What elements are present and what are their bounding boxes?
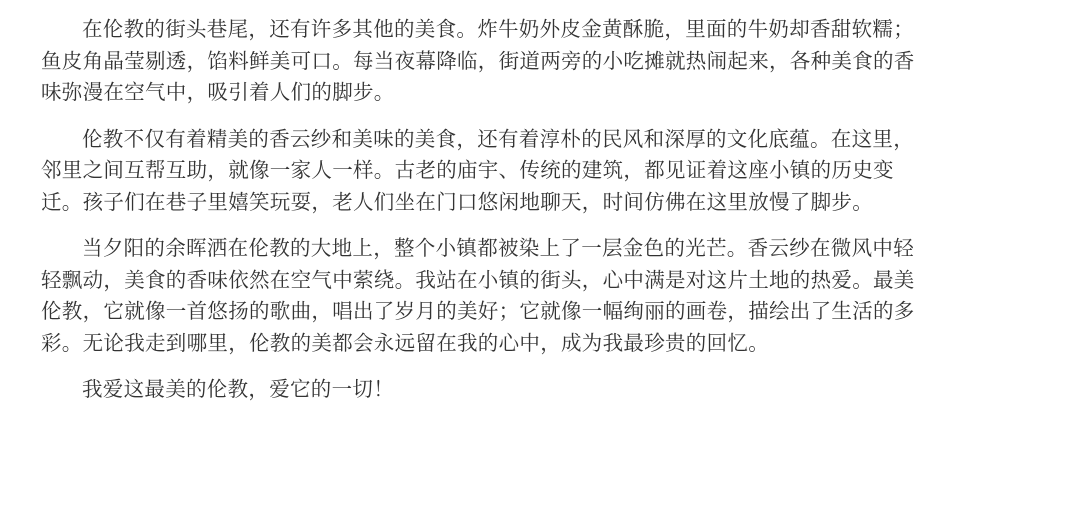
text-line: 当夕阳的余晖洒在伦教的大地上，整个小镇都被染上了一层金色的光芒。香云纱在微风中轻 xyxy=(41,233,1041,265)
article-body: 在伦教的街头巷尾，还有许多其他的美食。炸牛奶外皮金黄酥脆，里面的牛奶却香甜软糯；… xyxy=(41,14,1041,421)
text-line: 迁。孩子们在巷子里嬉笑玩耍，老人们坐在门口悠闲地聊天，时间仿佛在这里放慢了脚步。 xyxy=(41,187,1041,219)
paragraph-culture: 伦教不仅有着精美的香云纱和美味的美食，还有着淳朴的民风和深厚的文化底蕴。在这里，… xyxy=(41,124,1041,219)
paragraph-closing: 我爱这最美的伦教，爱它的一切！ xyxy=(41,374,1041,406)
paragraph-sunset: 当夕阳的余晖洒在伦教的大地上，整个小镇都被染上了一层金色的光芒。香云纱在微风中轻… xyxy=(41,233,1041,359)
text-line: 味弥漫在空气中，吸引着人们的脚步。 xyxy=(41,77,1041,109)
text-line: 伦教不仅有着精美的香云纱和美味的美食，还有着淳朴的民风和深厚的文化底蕴。在这里， xyxy=(41,124,1041,156)
text-line: 邻里之间互帮互助，就像一家人一样。古老的庙宇、传统的建筑，都见证着这座小镇的历史… xyxy=(41,155,1041,187)
paragraph-street-food: 在伦教的街头巷尾，还有许多其他的美食。炸牛奶外皮金黄酥脆，里面的牛奶却香甜软糯；… xyxy=(41,14,1041,109)
text-line: 伦教，它就像一首悠扬的歌曲，唱出了岁月的美好；它就像一幅绚丽的画卷，描绘出了生活… xyxy=(41,296,1041,328)
text-line: 我爱这最美的伦教，爱它的一切！ xyxy=(41,374,1041,406)
text-line: 鱼皮角晶莹剔透，馅料鲜美可口。每当夜幕降临，街道两旁的小吃摊就热闹起来，各种美食… xyxy=(41,46,1041,78)
text-line: 彩。无论我走到哪里，伦教的美都会永远留在我的心中，成为我最珍贵的回忆。 xyxy=(41,328,1041,360)
text-line: 轻飘动，美食的香味依然在空气中萦绕。我站在小镇的街头，心中满是对这片土地的热爱。… xyxy=(41,265,1041,297)
text-line: 在伦教的街头巷尾，还有许多其他的美食。炸牛奶外皮金黄酥脆，里面的牛奶却香甜软糯； xyxy=(41,14,1041,46)
